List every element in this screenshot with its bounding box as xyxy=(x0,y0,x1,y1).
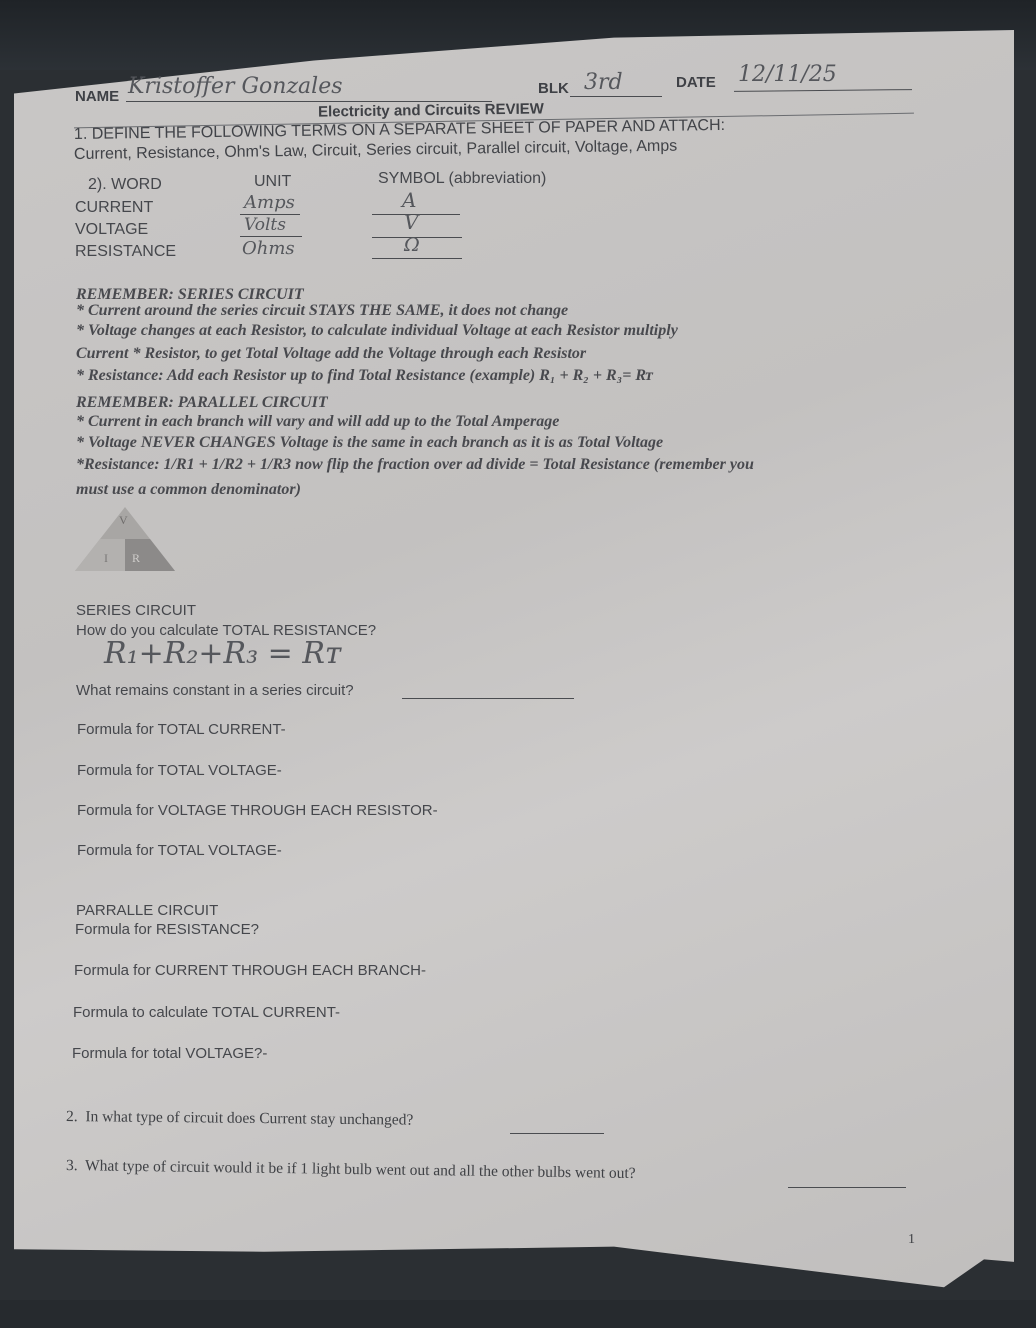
parallel-circuit-heading: PARRALLE CIRCUIT xyxy=(76,902,218,919)
remember-parallel-line-2: * Voltage NEVER CHANGES Voltage is the s… xyxy=(76,434,663,452)
series-total-resistance-answer[interactable]: R₁+R₂+R₃ = Rᴛ xyxy=(104,636,342,671)
ohms-law-triangle: V I R xyxy=(73,505,177,573)
series-formula-voltage-each-resistor: Formula for VOLTAGE THROUGH EACH RESISTO… xyxy=(77,802,438,819)
triangle-r: R xyxy=(132,551,140,566)
name-label: NAME xyxy=(75,88,119,105)
symbol-voltage[interactable]: V xyxy=(404,210,418,234)
page-title: Electricity and Circuits REVIEW xyxy=(318,100,544,120)
series-formula-total-voltage-2: Formula for TOTAL VOLTAGE- xyxy=(77,842,282,859)
unit-column-header: UNIT xyxy=(254,173,291,191)
remember-parallel-line-4: must use a common denominator) xyxy=(76,481,301,499)
unit-current[interactable]: Amps xyxy=(244,192,295,213)
unit-voltage-line xyxy=(240,236,302,237)
page-number: 1 xyxy=(908,1232,915,1248)
symbol-column-header: SYMBOL (abbreviation) xyxy=(378,170,546,188)
question-3-answer-line[interactable] xyxy=(788,1187,906,1188)
parallel-formula-resistance: Formula for RESISTANCE? xyxy=(75,921,259,938)
date-label: DATE xyxy=(676,74,716,91)
term-voltage: VOLTAGE xyxy=(75,221,148,239)
block-underline xyxy=(570,96,662,97)
question-2-text: In what type of circuit does Current sta… xyxy=(85,1108,413,1128)
remember-series-line-2: * Voltage changes at each Resistor, to c… xyxy=(76,322,678,340)
block-value[interactable]: 3rd xyxy=(584,70,623,95)
parallel-formula-total-current: Formula to calculate TOTAL CURRENT- xyxy=(73,1004,340,1021)
symbol-resistance[interactable]: Ω xyxy=(404,234,420,256)
unit-resistance[interactable]: Ohms xyxy=(242,238,295,259)
triangle-v: V xyxy=(119,513,128,528)
parallel-formula-total-voltage: Formula for total VOLTAGE?- xyxy=(72,1045,267,1062)
parallel-formula-current-each-branch: Formula for CURRENT THROUGH EACH BRANCH- xyxy=(74,962,426,979)
remember-series-line-3: Current * Resistor, to get Total Voltage… xyxy=(76,345,586,363)
block-label: BLK xyxy=(538,80,569,97)
question-3-number: 3. xyxy=(66,1157,78,1174)
series-constant-question: What remains constant in a series circui… xyxy=(76,682,354,699)
remember-parallel-line-3: *Resistance: 1/R1 + 1/R2 + 1/R3 now flip… xyxy=(76,456,754,474)
series-constant-answer-line[interactable] xyxy=(402,698,574,699)
series-formula-total-current: Formula for TOTAL CURRENT- xyxy=(77,721,286,738)
series-circuit-heading: SERIES CIRCUIT xyxy=(76,602,196,619)
remember-parallel-heading: REMEMBER: PARALLEL CIRCUIT xyxy=(76,394,328,412)
remember-parallel-line-1: * Current in each branch will vary and w… xyxy=(76,413,559,431)
question-2-number: 2. xyxy=(66,1108,78,1125)
desk-edge xyxy=(0,1300,1036,1328)
symbol-current[interactable]: A xyxy=(402,188,416,212)
question-2-answer-line[interactable] xyxy=(510,1133,604,1134)
date-value[interactable]: 12/11/25 xyxy=(738,62,837,87)
term-resistance: RESISTANCE xyxy=(75,243,176,261)
word-column-header: 2). WORD xyxy=(88,176,162,194)
name-value[interactable]: Kristoffer Gonzales xyxy=(128,74,343,99)
term-current: CURRENT xyxy=(75,199,153,217)
question-2: 2. In what type of circuit does Current … xyxy=(66,1108,414,1130)
series-formula-total-voltage: Formula for TOTAL VOLTAGE- xyxy=(77,762,282,779)
remember-series-line-4: * Resistance: Add each Resistor up to fi… xyxy=(76,367,652,385)
triangle-i: I xyxy=(104,551,108,566)
symbol-resistance-line xyxy=(372,258,462,259)
unit-voltage[interactable]: Volts xyxy=(244,215,286,235)
remember-series-line-1: * Current around the series circuit STAY… xyxy=(76,302,568,320)
